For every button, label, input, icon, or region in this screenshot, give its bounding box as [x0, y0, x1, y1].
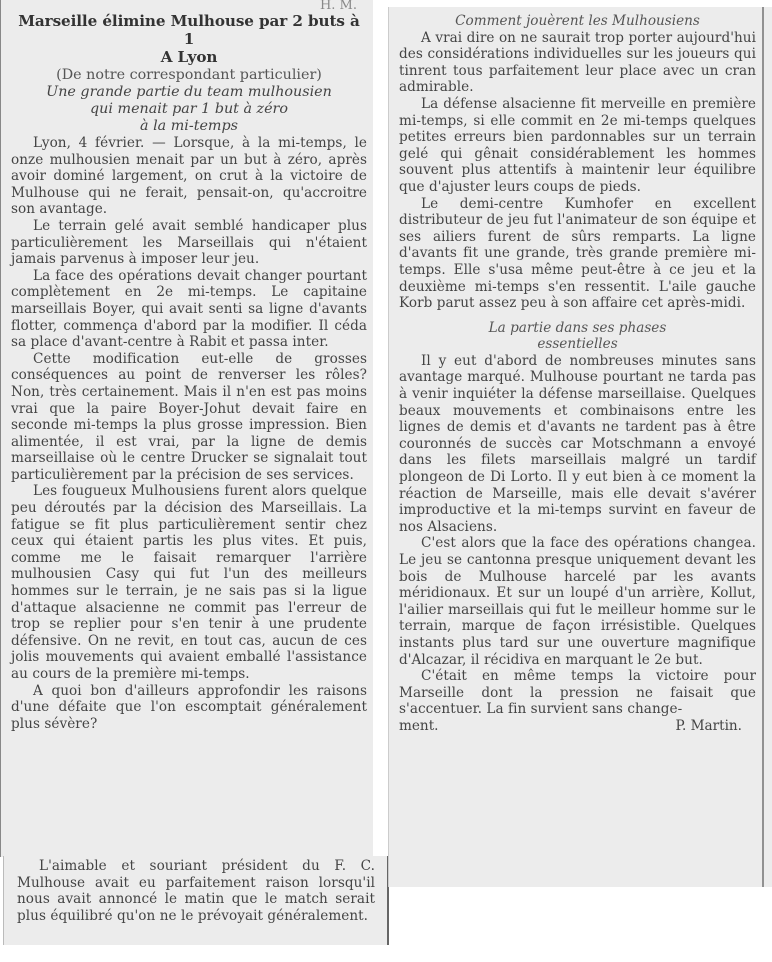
headline: Marseille élimine Mulhouse par 2 buts à … — [11, 12, 367, 66]
paragraph: Le terrain gelé avait semblé handicaper … — [11, 218, 367, 268]
paragraph: A vrai dire on ne saurait trop porter au… — [399, 30, 756, 96]
paragraph: A quoi bon d'ailleurs approfondir les ra… — [11, 683, 367, 733]
article-left-column-continuation: L'aimable et souriant président du F. C.… — [3, 856, 389, 945]
article-right-column: Comment jouèrent les Mulhousiens A vrai … — [388, 7, 772, 887]
section-title-players: Comment jouèrent les Mulhousiens — [399, 13, 756, 30]
paragraph: Les fougueux Mulhousiens furent alors qu… — [11, 483, 367, 682]
headline-line-2: A Lyon — [161, 48, 218, 66]
article-left-column: H. M. Marseille élimine Mulhouse par 2 b… — [0, 0, 373, 857]
paragraph: Cette modification eut-elle de grosses c… — [11, 351, 367, 484]
paragraph: C'était en même temps la victoire pour M… — [399, 668, 756, 718]
signature-row: ment. P. Martin. — [399, 718, 756, 735]
subheadline: Une grande partie du team mulhousien qui… — [11, 84, 367, 135]
paragraph: C'est alors que la face des opérations c… — [399, 535, 756, 668]
section-title-phases: La partie dans ses phases essentielles — [399, 320, 756, 353]
subheadline-line-2: qui menait par 1 but à zéro — [90, 101, 288, 117]
subheadline-line-1: Une grande partie du team mulhousien — [46, 84, 332, 100]
paragraph: La face des opérations devait changer po… — [11, 268, 367, 351]
correspondent-note: (De notre correspondant particulier) — [11, 66, 367, 84]
headline-line-1: Marseille élimine Mulhouse par 2 buts à … — [18, 12, 360, 48]
paragraph: La défense alsacienne fit merveille en p… — [399, 96, 756, 196]
byline-initials: H. M. — [11, 0, 357, 12]
subheadline-line-3: à la mi-temps — [140, 118, 238, 134]
section-title-phases-line-1: La partie dans ses phases — [489, 320, 667, 336]
last-word: ment. — [399, 718, 438, 735]
section-title-phases-line-2: essentielles — [537, 336, 617, 352]
paragraph: Lyon, 4 février. — Lorsque, à la mi-temp… — [11, 135, 367, 218]
closing-paragraph: L'aimable et souriant président du F. C.… — [17, 858, 375, 924]
paragraph: Le demi-centre Kumhofer en excellent dis… — [399, 196, 756, 312]
paragraph: Il y eut d'abord de nombreuses minutes s… — [399, 353, 756, 536]
author-signature: P. Martin. — [676, 718, 742, 735]
